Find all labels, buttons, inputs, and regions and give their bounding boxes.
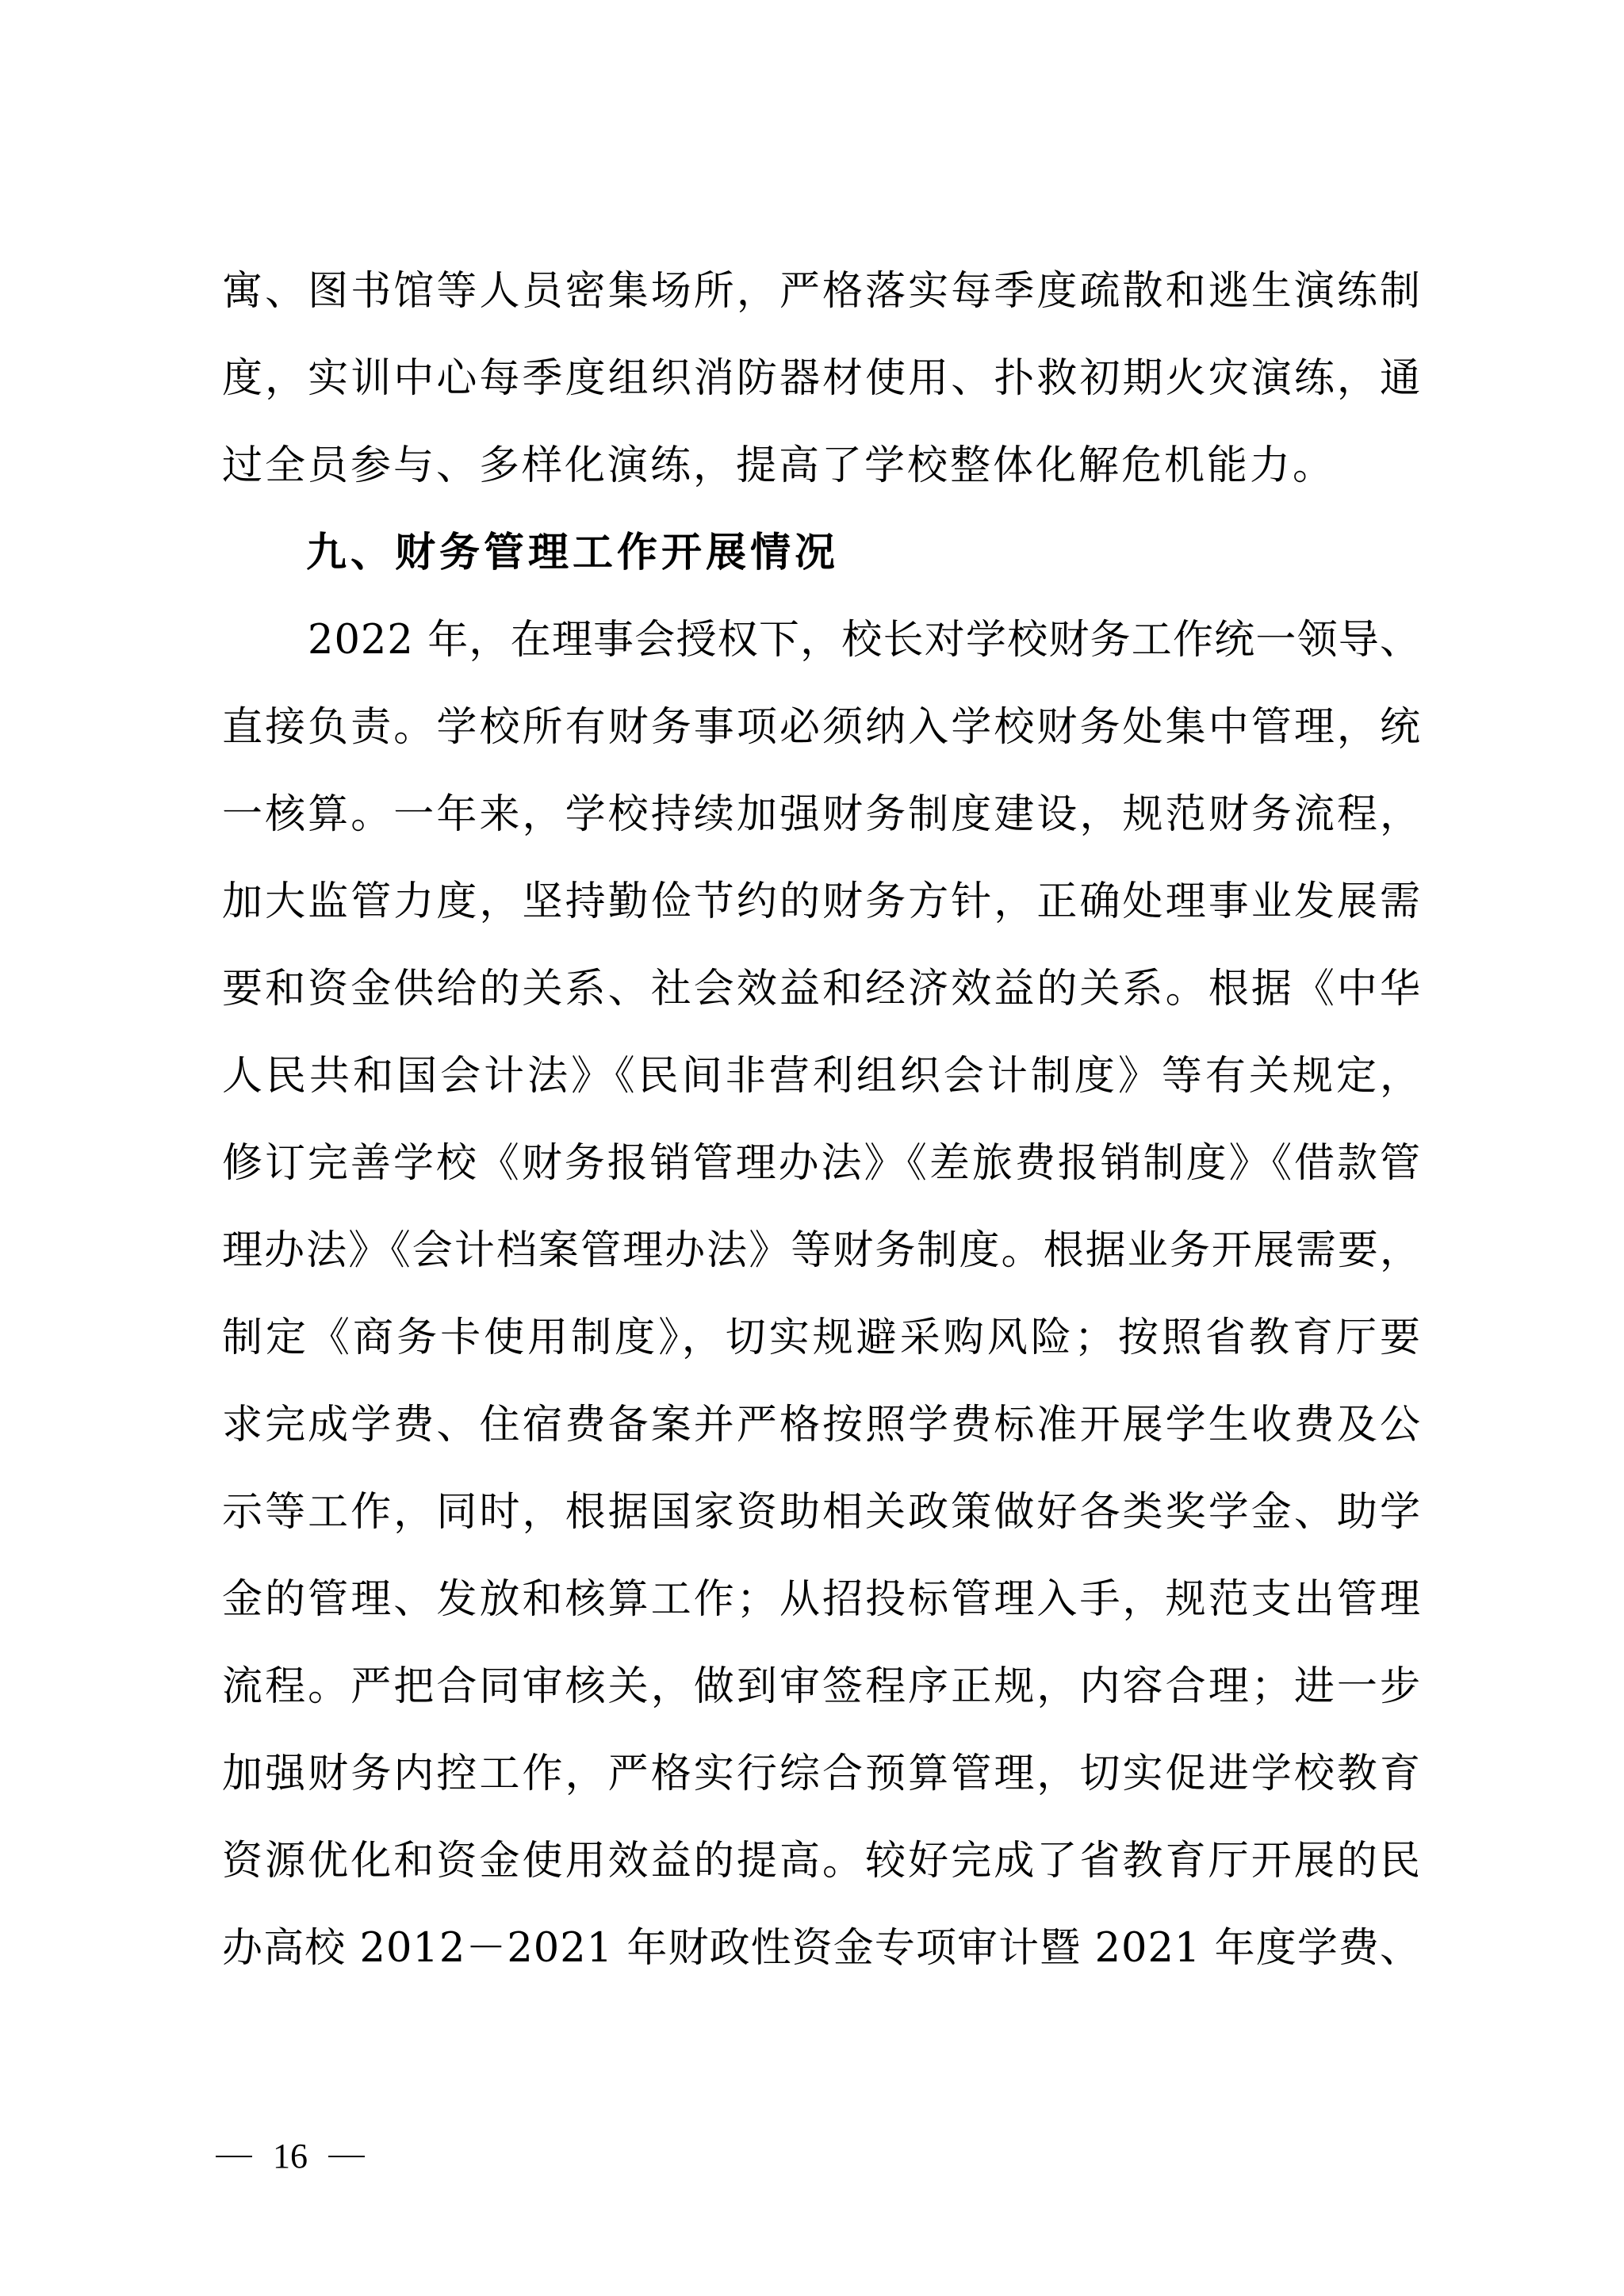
paragraph-line: 寓、图书馆等人员密集场所，严格落实每季度疏散和逃生演练制 bbox=[222, 258, 1421, 346]
body-text: 寓、图书馆等人员密集场所，严格落实每季度疏散和逃生演练制 度，实训中心每季度组织… bbox=[222, 258, 1421, 2003]
paragraph-line: 度，实训中心每季度组织消防器材使用、扑救初期火灾演练，通 bbox=[222, 346, 1421, 433]
page-number-footer: 16 bbox=[216, 2133, 365, 2180]
paragraph-line: 直接负责。学校所有财务事项必须纳入学校财务处集中管理，统 bbox=[222, 695, 1421, 782]
paragraph-line: 办高校 2012－2021 年财政性资金专项审计暨 2021 年度学费、 bbox=[222, 1915, 1421, 2003]
paragraph-line: 要和资金供给的关系、社会效益和经济效益的关系。根据《中华 bbox=[222, 956, 1421, 1043]
paragraph-line: 加强财务内控工作，严格实行综合预算管理，切实促进学校教育 bbox=[222, 1741, 1421, 1828]
paragraph-line: 金的管理、发放和核算工作；从招投标管理入手，规范支出管理 bbox=[222, 1567, 1421, 1654]
paragraph-line: 2022 年，在理事会授权下，校长对学校财务工作统一领导、 bbox=[222, 607, 1421, 695]
paragraph-line: 理办法》《会计档案管理办法》等财务制度。根据业务开展需要， bbox=[222, 1218, 1421, 1305]
paragraph-line: 一核算。一年来，学校持续加强财务制度建设，规范财务流程， bbox=[222, 782, 1421, 869]
dash-left-icon bbox=[216, 2156, 252, 2157]
paragraph-line: 加大监管力度，坚持勤俭节约的财务方针，正确处理事业发展需 bbox=[222, 869, 1421, 956]
section-heading: 九、财务管理工作开展情况 bbox=[222, 520, 1421, 607]
page-number: 16 bbox=[273, 2133, 308, 2180]
paragraph-line: 过全员参与、多样化演练，提高了学校整体化解危机能力。 bbox=[222, 433, 1421, 520]
paragraph-line: 流程。严把合同审核关，做到审签程序正规，内容合理；进一步 bbox=[222, 1654, 1421, 1741]
paragraph-line: 求完成学费、住宿费备案并严格按照学费标准开展学生收费及公 bbox=[222, 1392, 1421, 1479]
dash-right-icon bbox=[328, 2156, 365, 2157]
paragraph-line: 资源优化和资金使用效益的提高。较好完成了省教育厅开展的民 bbox=[222, 1828, 1421, 1915]
paragraph-line: 制定《商务卡使用制度》，切实规避采购风险；按照省教育厅要 bbox=[222, 1305, 1421, 1392]
document-page: 寓、图书馆等人员密集场所，严格落实每季度疏散和逃生演练制 度，实训中心每季度组织… bbox=[0, 0, 1624, 2296]
paragraph-line: 示等工作，同时，根据国家资助相关政策做好各类奖学金、助学 bbox=[222, 1479, 1421, 1567]
paragraph-line: 人民共和国会计法》《民间非营利组织会计制度》等有关规定， bbox=[222, 1043, 1421, 1131]
paragraph-line: 修订完善学校《财务报销管理办法》《差旅费报销制度》《借款管 bbox=[222, 1131, 1421, 1218]
